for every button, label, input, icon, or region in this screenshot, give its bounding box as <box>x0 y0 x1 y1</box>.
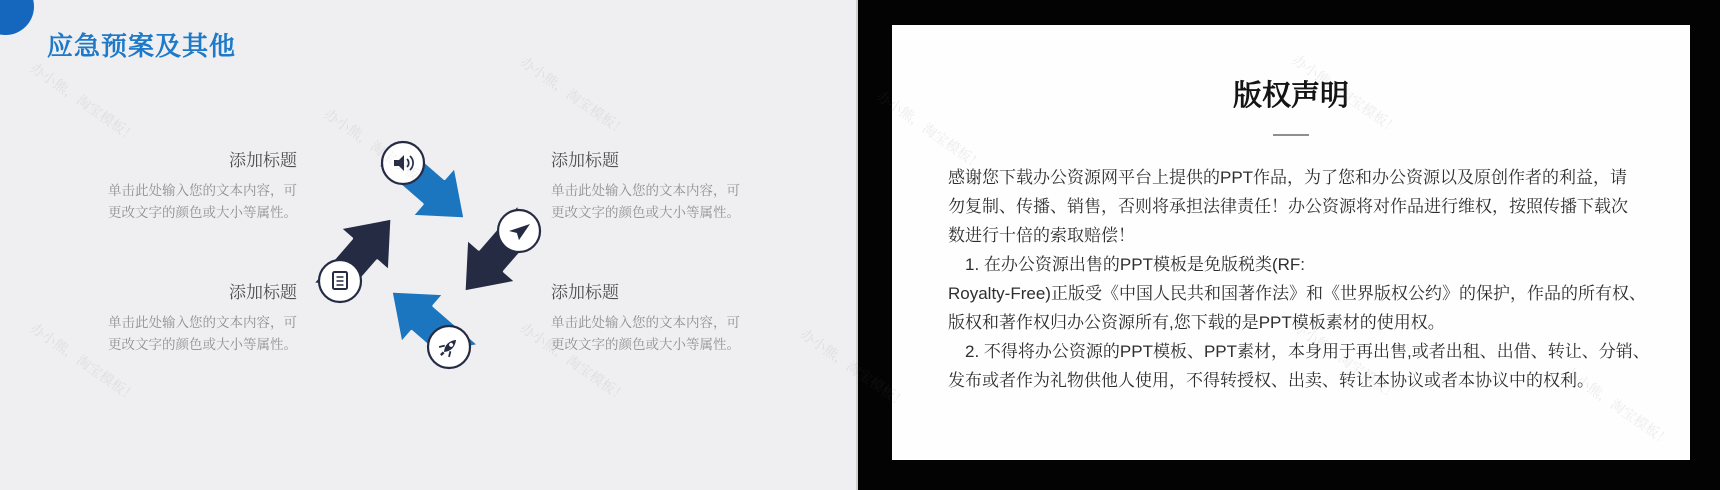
copyright-panel: 版权声明 感谢您下载办公资源网平台上提供的PPT作品，为了您和办公资源以及原创作… <box>892 25 1690 460</box>
block-heading: 添加标题 <box>551 146 766 171</box>
copyright-line: Royalty-Free)正版受《中国人民共和国著作法》和《世界版权公约》的保护… <box>948 279 1650 308</box>
copyright-line: 感谢您下载办公资源网平台上提供的PPT作品，为了您和办公资源以及原创作者的利益，… <box>948 163 1650 192</box>
block-heading: 添加标题 <box>92 146 297 171</box>
title-underline <box>1273 134 1309 136</box>
copyright-line: 数进行十倍的索取赔偿！ <box>948 221 1650 250</box>
cycle-arrows-diagram <box>288 122 548 377</box>
block-body: 单击此处输入您的文本内容，可 更改文字的颜色或大小等属性。 <box>92 312 297 356</box>
block-body: 单击此处输入您的文本内容，可 更改文字的颜色或大小等属性。 <box>551 312 766 356</box>
page-title: 应急预案及其他 <box>47 26 236 63</box>
corner-circle-decoration <box>0 0 34 35</box>
slide-copyright: 版权声明 感谢您下载办公资源网平台上提供的PPT作品，为了您和办公资源以及原创作… <box>856 0 1720 490</box>
ppt-template-preview: 应急预案及其他 添加标题 单击此处输入您的文本内容，可 更改文字的颜色或大小等属… <box>0 0 1720 490</box>
text-block-bottom-right: 添加标题 单击此处输入您的文本内容，可 更改文字的颜色或大小等属性。 <box>551 278 766 356</box>
block-body: 单击此处输入您的文本内容，可 更改文字的颜色或大小等属性。 <box>92 180 297 224</box>
copyright-line: 2. 不得将办公资源的PPT模板、PPT素材，本身用于再出售,或者出租、出借、转… <box>948 337 1650 366</box>
rocket-icon <box>428 326 470 368</box>
copyright-line: 版权和著作权归办公资源所有,您下载的是PPT模板素材的使用权。 <box>948 308 1650 337</box>
document-icon <box>319 260 361 302</box>
speaker-icon <box>382 142 424 184</box>
paper-plane-icon <box>498 210 540 252</box>
copyright-body: 感谢您下载办公资源网平台上提供的PPT作品，为了您和办公资源以及原创作者的利益，… <box>948 163 1650 395</box>
block-heading: 添加标题 <box>551 278 766 303</box>
copyright-line: 发布或者作为礼物供他人使用，不得转授权、出卖、转让本协议或者本协议中的权利。 <box>948 366 1650 395</box>
copyright-title: 版权声明 <box>892 25 1690 114</box>
text-block-top-right: 添加标题 单击此处输入您的文本内容，可 更改文字的颜色或大小等属性。 <box>551 146 766 224</box>
slide-emergency-plan: 应急预案及其他 添加标题 单击此处输入您的文本内容，可 更改文字的颜色或大小等属… <box>0 0 856 490</box>
block-heading: 添加标题 <box>92 278 297 303</box>
block-body: 单击此处输入您的文本内容，可 更改文字的颜色或大小等属性。 <box>551 180 766 224</box>
text-block-bottom-left: 添加标题 单击此处输入您的文本内容，可 更改文字的颜色或大小等属性。 <box>92 278 297 356</box>
copyright-line: 1. 在办公资源出售的PPT模板是免版税类(RF: <box>948 250 1650 279</box>
text-block-top-left: 添加标题 单击此处输入您的文本内容，可 更改文字的颜色或大小等属性。 <box>92 146 297 224</box>
copyright-line: 勿复制、传播、销售，否则将承担法律责任！办公资源将对作品进行维权，按照传播下载次 <box>948 192 1650 221</box>
